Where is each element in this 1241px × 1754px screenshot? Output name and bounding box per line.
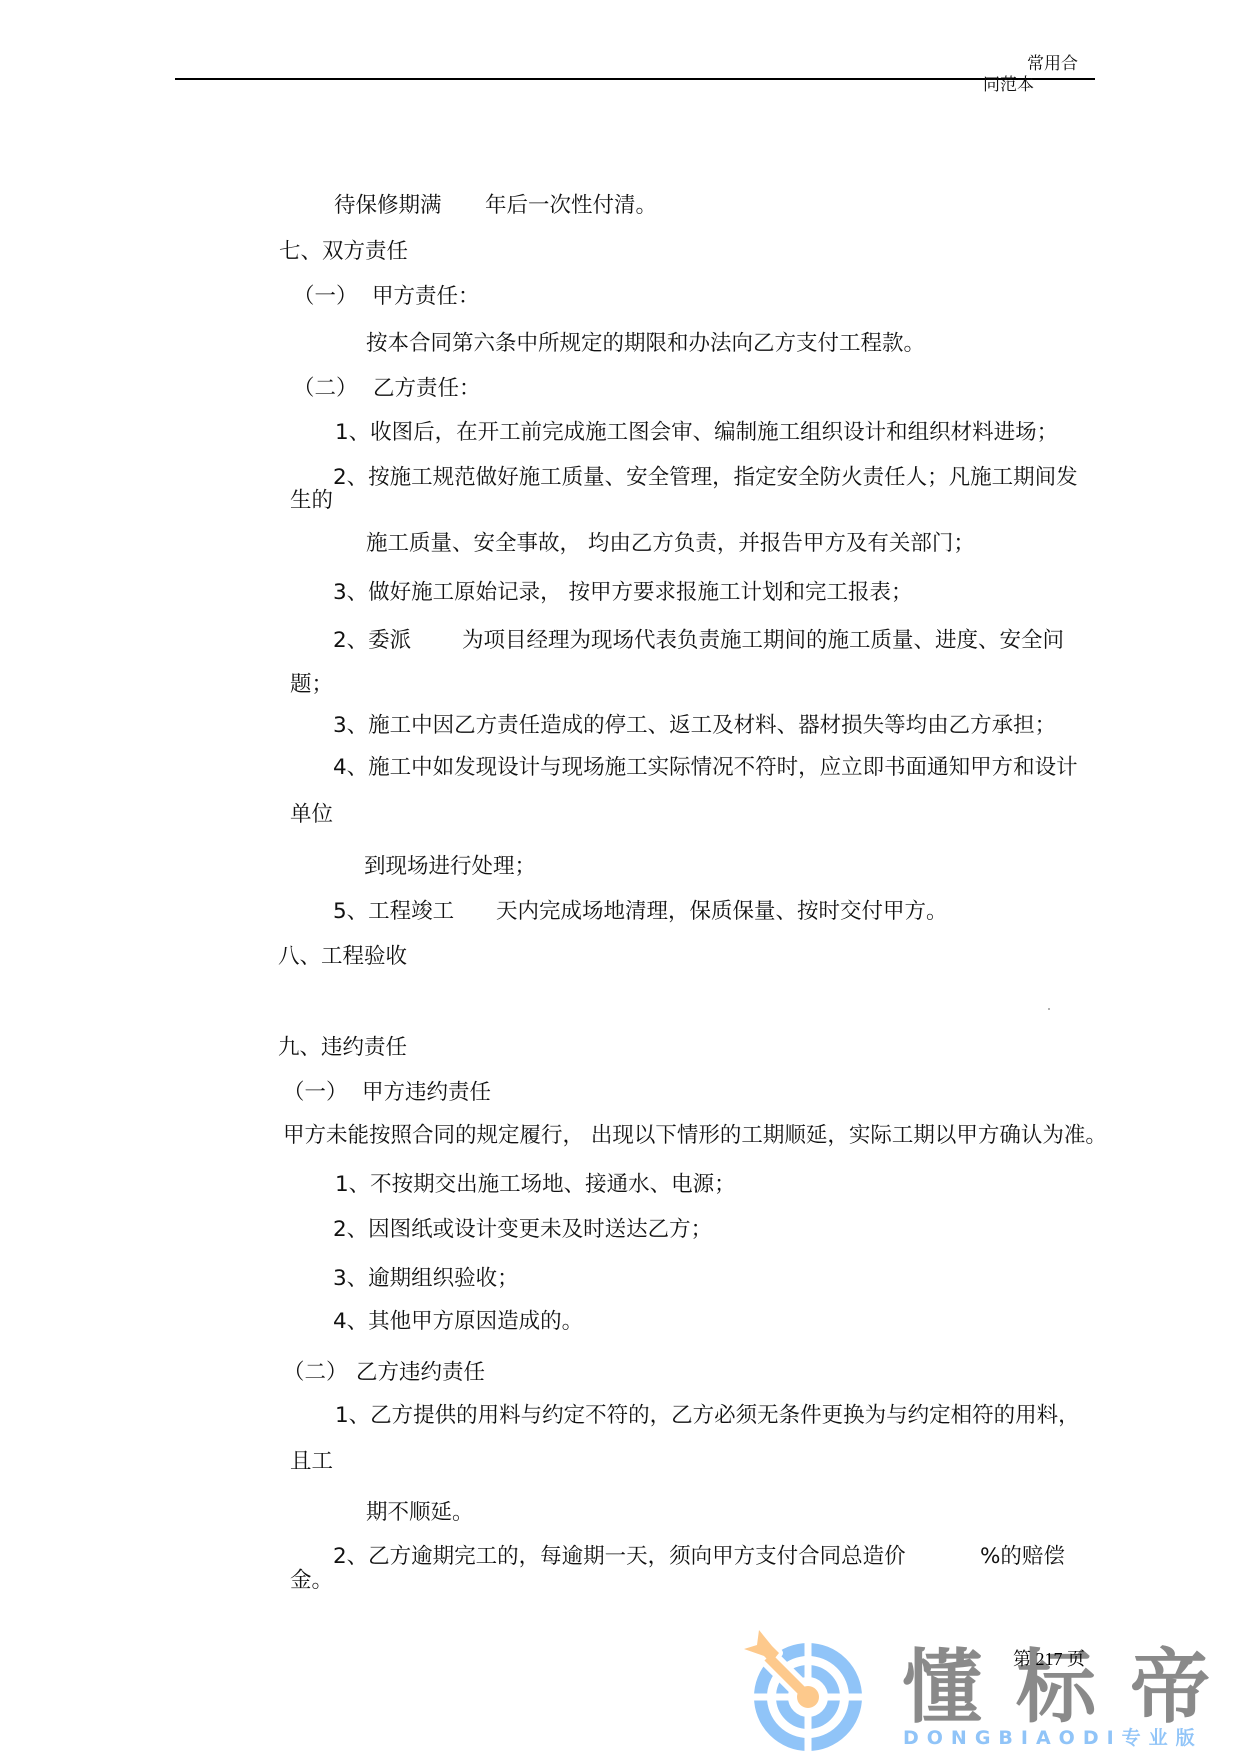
target-arrow-logo-icon [740,1620,880,1754]
list-item: 3、逾期组织验收； [333,1266,519,1292]
paragraph-line: 甲方未能按照合同的规定履行， 出现以下情形的工期顺延，实际工期以甲方确认为准。 [283,1123,1107,1149]
section-heading-7: 七、双方责任 [279,239,408,265]
subsection-title: 乙方责任： [373,376,481,402]
document-page: 常用合 同范本 待保修期满 年后一次性付清。 七、双方责任 （一） 甲方责任： … [0,0,1241,1754]
line-29-before-blank: 2、乙方逾期完工的，每逾期一天，须向甲方支付合同总造价 [333,1544,906,1570]
list-item-continuation: 到现场进行处理； [364,854,536,880]
line-10-after-blank: 为项目经理为现场代表负责施工期间的施工质量、进度、安全问 [462,628,1064,654]
line-16-after-blank: 天内完成场地清理，保质保量、按时交付甲方。 [496,899,948,925]
line-16-before-blank: 5、工程竣工 [333,899,454,925]
subsection-title: 乙方违约责任 [356,1360,485,1386]
header-title-line2: 同范本 [983,76,1034,94]
list-item-wrap: 金。 [290,1568,333,1594]
list-item: 3、做好施工原始记录， 按甲方要求报施工计划和完工报表； [333,580,913,606]
list-item: 2、按施工规范做好施工质量、安全管理，指定安全防火责任人；凡施工期间发 [333,465,1078,491]
list-item-wrap: 生的 [290,488,333,514]
header-title-line1: 常用合 [1027,55,1078,73]
stray-mark [1048,1008,1050,1010]
subsection-label: （一） [283,1080,348,1106]
subsection-label: （二） [293,376,358,402]
paragraph-line: 按本合同第六条中所规定的期限和办法向乙方支付工程款。 [366,331,925,357]
list-item: 4、施工中如发现设计与现场施工实际情况不符时，应立即书面通知甲方和设计 [333,755,1078,781]
section-heading-9: 九、违约责任 [278,1035,407,1061]
page-number: 第 217 页 [1013,1649,1085,1669]
subsection-title: 甲方违约责任 [362,1080,491,1106]
section-heading-8: 八、工程验收 [278,944,407,970]
list-item-wrap: 且工 [290,1449,333,1475]
list-item: 1、收图后，在开工前完成施工图会审、编制施工组织设计和组织材料进场； [335,420,1058,446]
list-item-continuation: 期不顺延。 [366,1500,474,1526]
line-10-before-blank: 2、委派 [333,628,411,654]
header-rule [175,78,1095,80]
subsection-label: （一） [293,284,358,310]
watermark-brand-en: DONGBIAODI专业版 [903,1727,1203,1749]
list-item-continuation: 施工质量、安全事故， 均由乙方负责，并报告甲方及有关部门； [366,531,975,557]
list-item: 2、因图纸或设计变更未及时送达乙方； [333,1217,712,1243]
list-item: 3、施工中因乙方责任造成的停工、返工及材料、器材损失等均由乙方承担； [333,713,1056,739]
list-item-wrap: 题； [290,672,333,698]
subsection-title: 甲方责任： [372,284,480,310]
list-item-wrap: 单位 [290,802,333,828]
line-29-after-blank: %的赔偿 [980,1544,1065,1570]
line-0-before-blank: 待保修期满 [334,193,442,219]
subsection-label: （二） [283,1360,348,1386]
list-item: 1、不按期交出施工场地、接通水、电源； [335,1172,736,1198]
list-item: 1、乙方提供的用料与约定不符的，乙方必须无条件更换为与约定相符的用料， [335,1403,1080,1429]
list-item: 4、其他甲方原因造成的。 [333,1309,583,1335]
line-0-after-blank: 年后一次性付清。 [485,193,657,219]
